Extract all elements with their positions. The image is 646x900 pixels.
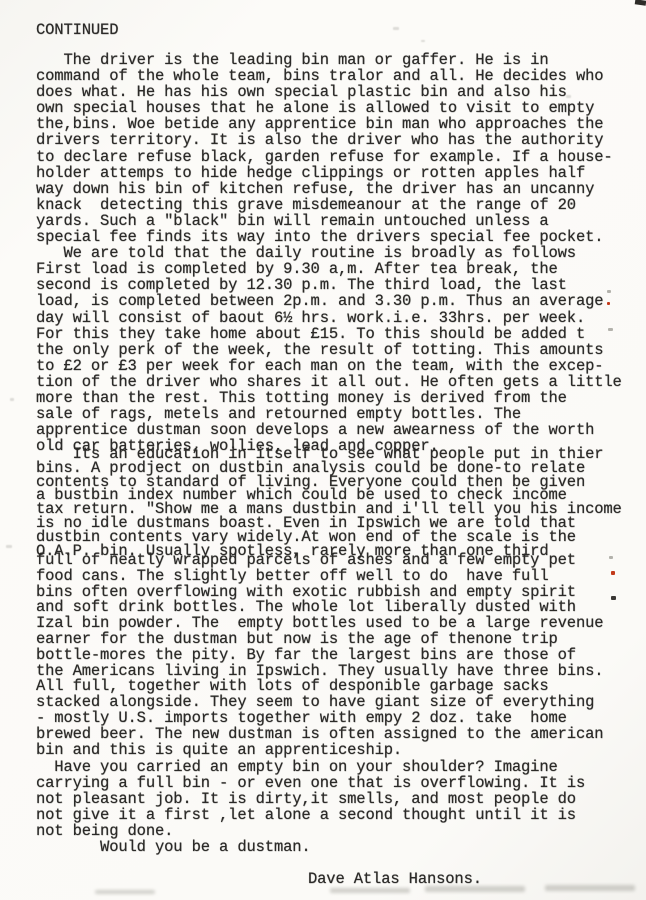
ink-speck: [10, 398, 14, 401]
margin-speck: [611, 596, 616, 600]
paragraph-bin-contents: full of neatly wrapped parcels of ashes …: [36, 553, 603, 758]
ink-speck: [421, 40, 425, 42]
typewritten-page: CONTINUED The driver is the leading bin …: [0, 0, 646, 900]
page-heading: CONTINUED: [36, 22, 118, 38]
ink-speck: [6, 545, 12, 548]
paragraph-closing-question: Have you carried an empty bin on your sh…: [36, 759, 585, 856]
red-margin-speck: [611, 571, 615, 575]
margin-speck: [609, 556, 613, 559]
paragraph-driver-and-routine: The driver is the leading bin man or gaf…: [36, 52, 622, 454]
bottom-smudge: [95, 890, 155, 894]
ink-speck: [393, 27, 399, 30]
bottom-smudge: [545, 885, 635, 891]
corner-ink-mark: [635, 0, 646, 6]
ink-speck: [566, 95, 571, 98]
bottom-smudge: [425, 886, 525, 892]
red-margin-speck: [607, 302, 610, 305]
paragraph-dustbin-education: Its an education in itself to see what p…: [36, 448, 622, 558]
margin-speck: [607, 290, 611, 293]
margin-speck: [608, 328, 613, 331]
bottom-smudge: [330, 888, 410, 893]
